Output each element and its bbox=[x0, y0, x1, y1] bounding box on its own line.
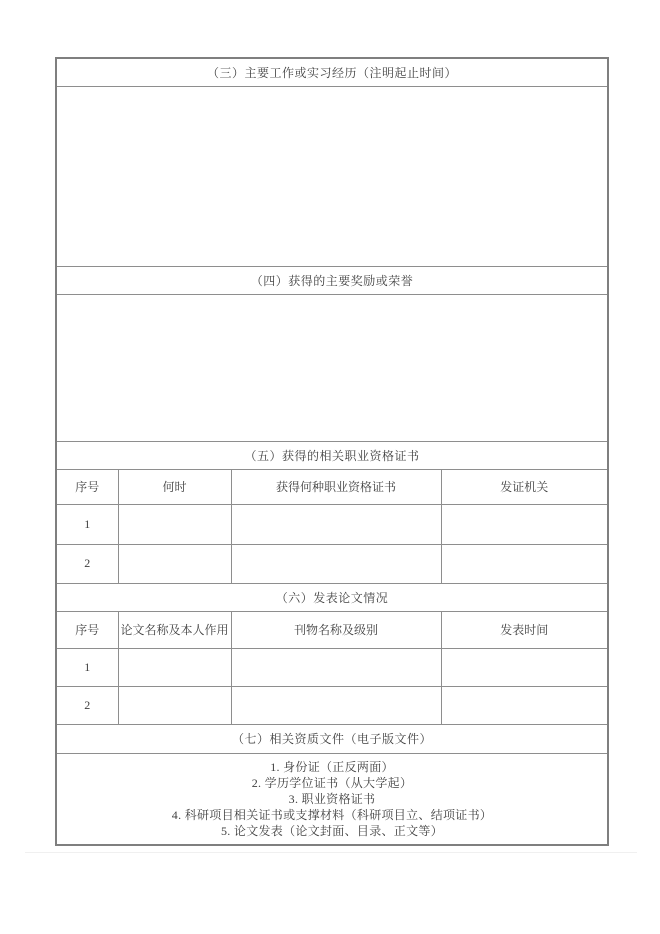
s5-column-header-issuer: 发证机关 bbox=[441, 469, 608, 504]
s5-row-2-certificate-cell bbox=[231, 544, 441, 583]
s5-row-1-issuer-cell bbox=[441, 504, 608, 544]
s5-row-1: 1 bbox=[56, 504, 608, 544]
section-5-title: （五）获得的相关职业资格证书 bbox=[56, 441, 608, 469]
section-6-title: （六）发表论文情况 bbox=[56, 583, 608, 611]
s5-row-2: 2 bbox=[56, 544, 608, 583]
s5-row-1-index: 1 bbox=[56, 504, 118, 544]
s6-row-1: 1 bbox=[56, 648, 608, 686]
s6-row-2-journal-cell bbox=[231, 686, 441, 724]
attachment-item-research-materials: 4. 科研项目相关证书或支撑材料（科研项目立、结项证书） bbox=[57, 807, 607, 823]
application-form-table: （三）主要工作或实习经历（注明起止时间） （四）获得的主要奖励或荣誉 （五）获得… bbox=[55, 57, 609, 846]
s6-column-header-publish-date: 发表时间 bbox=[441, 611, 608, 648]
s5-column-header-when: 何时 bbox=[118, 469, 231, 504]
s5-row-2-when-cell bbox=[118, 544, 231, 583]
s6-row-2: 2 bbox=[56, 686, 608, 724]
s6-row-2-paper-title-cell bbox=[118, 686, 231, 724]
page-bottom-edge bbox=[25, 852, 637, 853]
section-4-title: （四）获得的主要奖励或荣誉 bbox=[56, 266, 608, 294]
s5-column-header-seq: 序号 bbox=[56, 469, 118, 504]
s6-row-2-index: 2 bbox=[56, 686, 118, 724]
s5-column-header-certificate: 获得何种职业资格证书 bbox=[231, 469, 441, 504]
attachment-item-id-card: 1. 身份证（正反两面） bbox=[57, 759, 607, 775]
attachment-item-paper-publication: 5. 论文发表（论文封面、目录、正文等） bbox=[57, 823, 607, 839]
s5-row-2-issuer-cell bbox=[441, 544, 608, 583]
s6-row-1-paper-title-cell bbox=[118, 648, 231, 686]
section-7-title: （七）相关资质文件（电子版文件） bbox=[56, 724, 608, 753]
s5-row-2-index: 2 bbox=[56, 544, 118, 583]
section-3-entry-area bbox=[56, 86, 608, 266]
s5-row-1-certificate-cell bbox=[231, 504, 441, 544]
attachment-item-qualification-cert: 3. 职业资格证书 bbox=[57, 791, 607, 807]
document-page: （三）主要工作或实习经历（注明起止时间） （四）获得的主要奖励或荣誉 （五）获得… bbox=[0, 0, 660, 934]
s6-row-2-publish-date-cell bbox=[441, 686, 608, 724]
s6-column-header-seq: 序号 bbox=[56, 611, 118, 648]
s6-column-header-paper-title: 论文名称及本人作用 bbox=[118, 611, 231, 648]
section-4-entry-area bbox=[56, 294, 608, 441]
attachment-item-diploma: 2. 学历学位证书（从大学起） bbox=[57, 775, 607, 791]
attachment-list: 1. 身份证（正反两面） 2. 学历学位证书（从大学起） 3. 职业资格证书 4… bbox=[56, 753, 608, 845]
s6-row-1-index: 1 bbox=[56, 648, 118, 686]
section-3-title: （三）主要工作或实习经历（注明起止时间） bbox=[56, 58, 608, 86]
s6-column-header-journal: 刊物名称及级别 bbox=[231, 611, 441, 648]
s6-row-1-journal-cell bbox=[231, 648, 441, 686]
s5-row-1-when-cell bbox=[118, 504, 231, 544]
s6-row-1-publish-date-cell bbox=[441, 648, 608, 686]
